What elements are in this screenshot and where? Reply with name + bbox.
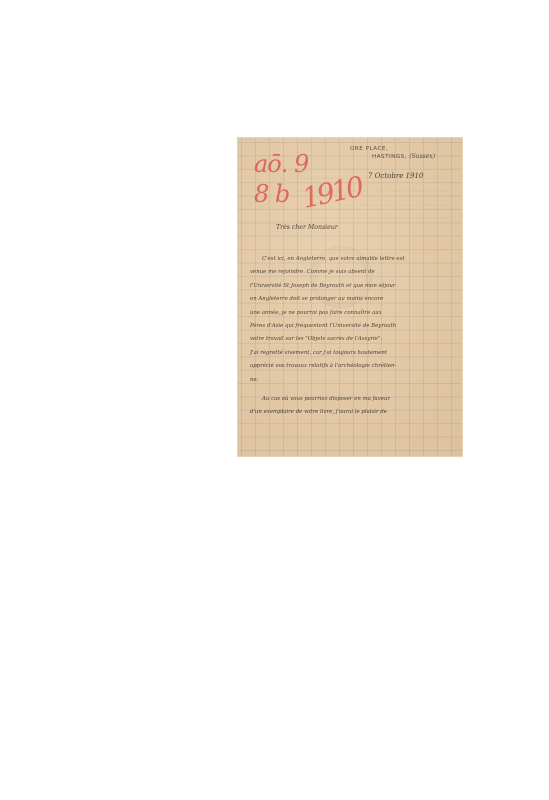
letterhead-county: (Sussex) (409, 153, 435, 160)
letterhead-line-1: ORE PLACE, (350, 145, 435, 153)
body-line: ne. (250, 374, 455, 387)
salutation: Très cher Monsieur (276, 224, 338, 231)
body-line: en Angleterre doit se prolonger au moins… (250, 293, 455, 306)
letterhead-line-2: HASTINGS, (Sussex) (350, 153, 435, 161)
body-line: une année, je ne pourrai pas faire conna… (250, 307, 455, 320)
letter-body: C'est ici, en Angleterre, que votre aima… (250, 253, 455, 420)
archival-annotation-line-2: 8 b (254, 180, 289, 208)
body-line: d'un exemplaire de votre livre, j'aurai … (250, 406, 455, 419)
body-line: apprécié vos travaux relatifs à l'archéo… (250, 360, 455, 373)
archival-annotation-line-1: aō. 9 (254, 150, 308, 178)
body-line: C'est ici, en Angleterre, que votre aima… (250, 253, 455, 266)
body-line: votre travail sur les "Objets sacrés de … (250, 333, 455, 346)
body-line: J'ai regretté vivement, car j'ai toujour… (250, 347, 455, 360)
body-line: Au cas où vous pourriez disposer en ma f… (250, 393, 455, 406)
letter-page: ~~~~~~ ~~~~ ~~ ~~~~~~~ ~~~~~ ~~~~~~ ~~~~… (238, 138, 462, 456)
letterhead-town: HASTINGS, (372, 154, 407, 160)
letterhead: ORE PLACE, HASTINGS, (Sussex) (350, 145, 435, 161)
body-line: l'Université St Joseph de Beyrouth et qu… (250, 280, 455, 293)
body-line: Pères d'Asie qui fréquentent l'Universit… (250, 320, 455, 333)
body-line: venue me rejoindre. Comme je suis absent… (250, 266, 455, 279)
letter-date: 7 Octobre 1910 (368, 172, 423, 180)
